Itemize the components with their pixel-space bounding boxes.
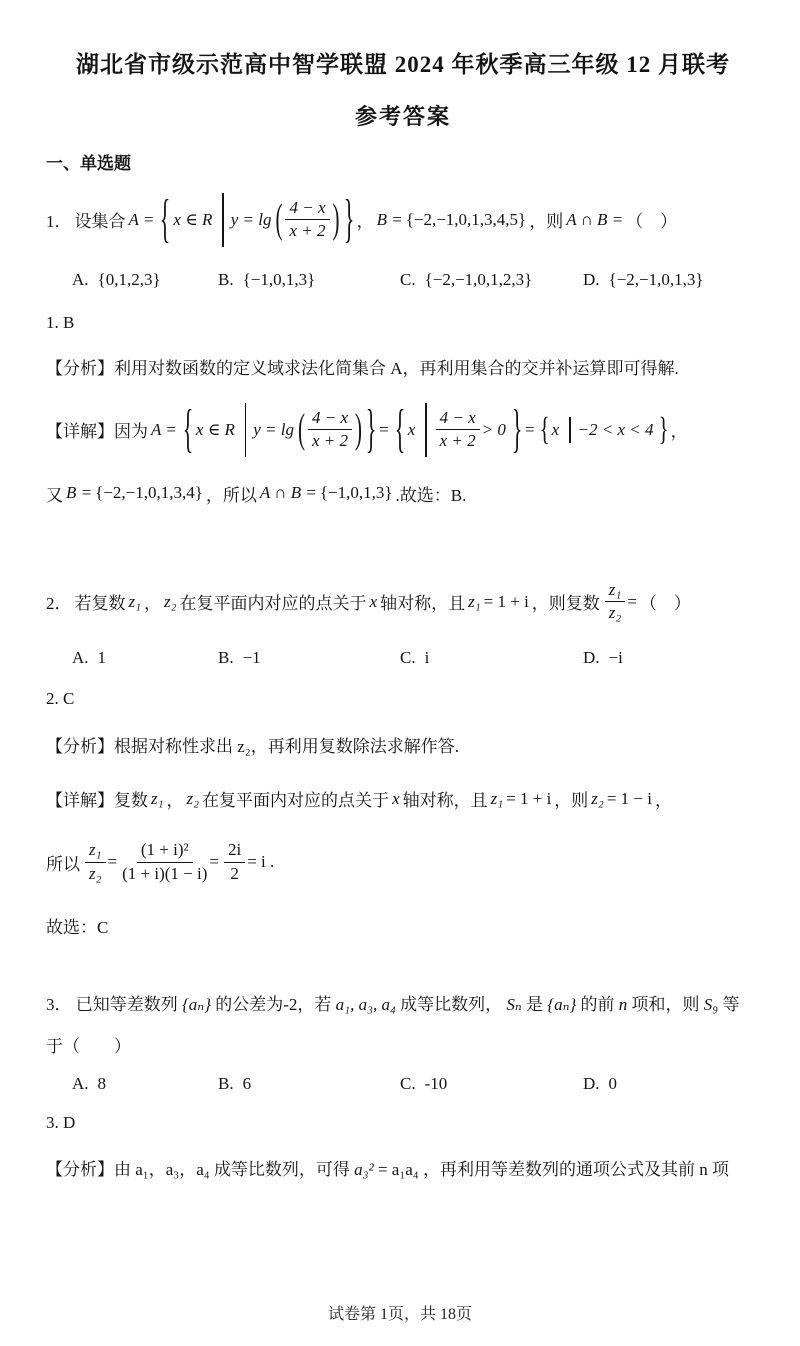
cn-text: 成等比数列， — [400, 995, 502, 1014]
math-token: x — [552, 420, 560, 440]
cn-text: .故选：B. — [396, 481, 467, 506]
math-token: x — [370, 592, 378, 612]
math-token: A ∩ B = — [260, 483, 317, 503]
question-2-calculation: 所以 z₁ z₂ = (1 + i)² (1 + i)(1 − i) = 2i … — [46, 831, 760, 893]
cn-text: 【详解】因为 — [46, 417, 148, 442]
cn-text: ，则 — [554, 786, 588, 811]
question-2-conclusion: 故选：C — [46, 915, 760, 941]
equals-sign: = — [379, 420, 389, 440]
answer-blank: （ ） — [626, 207, 677, 232]
fraction: 4 − x x + 2 — [308, 408, 352, 452]
math-token: S₉ — [704, 995, 718, 1014]
question-3-answer: 3. D — [46, 1110, 760, 1136]
denominator: 2 — [230, 863, 239, 884]
cn-text: ，再利用等差数列的通项公式及其前 n 项 — [423, 1160, 729, 1179]
cn-text: 已知等差数列 — [76, 995, 178, 1014]
math-token: a₃² — [354, 1160, 374, 1179]
math-token: y = lg — [231, 210, 272, 230]
set-literal: {−2,−1,0,1,3,4,5} — [406, 210, 527, 230]
math-token: z₁ — [129, 592, 142, 612]
option-c: C.i — [400, 648, 583, 668]
cn-text: ， — [144, 589, 161, 614]
math-token: −2 < x < 4 — [578, 420, 654, 440]
math-token: z₂ — [187, 789, 200, 809]
cn-text: 是 — [526, 995, 543, 1014]
option-label: A. — [72, 648, 89, 667]
question-1-solution-formula: 【详解】因为 A = { x ∈ R y = lg ( 4 − x x + 2 … — [46, 399, 760, 461]
option-label: B. — [218, 648, 234, 667]
option-label: C. — [400, 648, 416, 667]
math-token: = 1 − i — [607, 789, 652, 809]
question-2-options: A.1 B.−1 C.i D.−i — [46, 648, 760, 668]
option-a: A.1 — [72, 648, 218, 668]
left-brace: { — [160, 194, 171, 247]
cn-text: 轴对称，且 — [403, 786, 488, 811]
right-brace: } — [343, 194, 354, 247]
left-brace: { — [394, 403, 405, 456]
denominator: (1 + i)(1 − i) — [122, 863, 207, 884]
fraction: (1 + i)² (1 + i)(1 − i) — [122, 840, 207, 884]
option-value: {0,1,2,3} — [98, 270, 161, 289]
option-label: C. — [400, 1074, 416, 1093]
math-token: > 0 — [482, 420, 506, 440]
option-value: −i — [609, 648, 623, 667]
option-value: i — [425, 648, 430, 667]
equals-sign: = — [108, 852, 118, 872]
question-2-stem: 2． 若复数 z₁ ， z₂ 在复平面内对应的点关于 x 轴对称，且 z₁ = … — [46, 570, 760, 634]
cn-text: 设集合 — [75, 207, 126, 232]
math-token: z₂ — [164, 592, 177, 612]
fraction: z₁ z₂ — [85, 840, 106, 884]
page-title: 湖北省市级示范高中智学联盟 2024 年秋季高三年级 12 月联考 — [46, 0, 760, 80]
fraction: 4 − x x + 2 — [436, 408, 480, 452]
math-token: x — [408, 420, 416, 440]
right-brace: } — [658, 413, 668, 446]
question-3-analysis: 【分析】由 a₁，a₃，a₄ 成等比数列，可得 a₃² = a₁a₄ ，再利用等… — [46, 1157, 760, 1183]
option-d: D.−i — [583, 648, 760, 668]
question-2-answer: 2. C — [46, 686, 760, 712]
left-paren: ( — [275, 199, 282, 240]
question-1-solution-conclusion: 又 B = {−2,−1,0,1,3,4} ，所以 A ∩ B = {−1,0,… — [46, 481, 760, 506]
question-1-analysis: 【分析】利用对数函数的定义域求法化简集合 A，再利用集合的交并补运算即可得解. — [46, 356, 760, 382]
option-label: D. — [583, 648, 600, 667]
math-token: x ∈ R — [196, 420, 235, 440]
denominator: z₂ — [609, 602, 622, 623]
question-2-analysis: 【分析】根据对称性求出 z₂，再利用复数除法求解作答. — [46, 734, 760, 760]
cn-text: 的前 — [581, 995, 615, 1014]
option-value: {−1,0,1,3} — [243, 270, 316, 289]
option-value: -10 — [425, 1074, 448, 1093]
numerator: z₁ — [85, 840, 106, 862]
fraction: z₁ z₂ — [605, 580, 626, 624]
equals-sign: = — [627, 592, 637, 612]
left-brace: { — [540, 413, 550, 446]
denominator: z₂ — [89, 863, 102, 884]
cn-text: 轴对称，且 — [380, 589, 465, 614]
option-label: B. — [218, 1074, 234, 1093]
math-token: a₁, a₃, a₄ — [336, 995, 396, 1014]
option-value: 0 — [609, 1074, 618, 1093]
numerator: 4 − x — [308, 408, 352, 430]
math-token: = a₁a₄ — [378, 1160, 419, 1179]
math-token: {aₙ} — [547, 995, 576, 1014]
page-subtitle: 参考答案 — [46, 100, 760, 131]
math-token: Sₙ — [506, 995, 521, 1014]
set-builder-bar — [245, 403, 246, 457]
question-3-stem-line2: 于（ ） — [46, 1034, 760, 1060]
cn-text: 项和，则 — [632, 995, 700, 1014]
question-2-solution-text: 【详解】复数 z₁ ， z₂ 在复平面内对应的点关于 x 轴对称，且 z₁ = … — [46, 786, 760, 811]
cn-text: 等 — [722, 995, 739, 1014]
math-token: = 1 + i — [484, 592, 529, 612]
option-d: D.{−2,−1,0,1,3} — [583, 270, 760, 290]
math-token: B = — [66, 483, 92, 503]
cn-text: ， — [167, 786, 184, 811]
cn-text: 在复平面内对应的点关于 — [180, 589, 367, 614]
math-token: z₁ — [151, 789, 164, 809]
fraction: 4 − x x + 2 — [285, 198, 329, 242]
cn-text: 【详解】复数 — [46, 786, 148, 811]
option-b: B.{−1,0,1,3} — [218, 270, 400, 290]
cn-text: 若复数 — [75, 589, 126, 614]
option-value: −1 — [243, 648, 261, 667]
numerator: 2i — [224, 840, 245, 862]
option-label: D. — [583, 1074, 600, 1093]
math-token: z₂ — [591, 789, 604, 809]
set-literal: {−1,0,1,3} — [320, 483, 393, 503]
math-token: x — [392, 789, 400, 809]
question-1-answer: 1. B — [46, 310, 760, 336]
option-b: B.−1 — [218, 648, 400, 668]
numerator: 4 − x — [285, 198, 329, 220]
option-label: A. — [72, 270, 89, 289]
math-token: A = — [129, 210, 155, 230]
option-label: B. — [218, 270, 234, 289]
math-token: B = — [377, 210, 403, 230]
question-1-options: A.{0,1,2,3} B.{−1,0,1,3} C.{−2,−1,0,1,2,… — [46, 270, 760, 290]
option-b: B.6 — [218, 1074, 400, 1094]
math-token: n — [619, 995, 628, 1014]
option-value: {−2,−1,0,1,2,3} — [425, 270, 533, 289]
left-brace: { — [183, 403, 194, 456]
left-paren: ( — [298, 409, 305, 450]
cn-text: ， — [357, 207, 374, 232]
option-a: A.8 — [72, 1074, 218, 1094]
question-1-number: 1． — [46, 207, 72, 232]
cn-text: ，则 — [529, 207, 563, 232]
option-value: 6 — [243, 1074, 252, 1093]
question-3-number: 3． — [46, 995, 72, 1014]
page-footer: 试卷第 1页，共 18页 — [0, 1301, 800, 1324]
cn-text: ， — [671, 417, 688, 442]
set-builder-bar — [425, 403, 426, 457]
equals-sign: = — [209, 852, 219, 872]
cn-text: 的公差为-2，若 — [215, 995, 331, 1014]
math-token: y = lg — [253, 420, 294, 440]
denominator: x + 2 — [289, 220, 325, 241]
option-c: C.-10 — [400, 1074, 583, 1094]
denominator: x + 2 — [440, 430, 476, 451]
cn-text: 所以 — [46, 850, 80, 875]
numerator: (1 + i)² — [137, 840, 193, 862]
right-paren: ) — [333, 199, 340, 240]
cn-text: ， — [655, 786, 672, 811]
option-a: A.{0,1,2,3} — [72, 270, 218, 290]
right-brace: } — [512, 403, 523, 456]
equals-sign: = — [525, 420, 535, 440]
cn-text: 【分析】由 a₁，a₃，a₄ 成等比数列，可得 — [46, 1160, 350, 1179]
numerator: z₁ — [605, 580, 626, 602]
set-builder-bar — [222, 193, 223, 247]
cn-text: 又 — [46, 481, 63, 506]
math-token: A = — [151, 420, 177, 440]
option-d: D.0 — [583, 1074, 760, 1094]
set-literal: {−2,−1,0,1,3,4} — [95, 483, 203, 503]
right-brace: } — [366, 403, 377, 456]
math-token: = 1 + i — [506, 789, 551, 809]
cn-text: ，则复数 — [532, 589, 600, 614]
right-paren: ) — [355, 409, 362, 450]
math-token: {aₙ} — [182, 995, 211, 1014]
question-1-stem: 1． 设集合 A = { x ∈ R y = lg ( 4 − x x + 2 … — [46, 186, 760, 254]
option-value: {−2,−1,0,1,3} — [609, 270, 704, 289]
cn-text: 在复平面内对应的点关于 — [202, 786, 389, 811]
answer-blank: （ ） — [640, 589, 691, 614]
option-label: C. — [400, 270, 416, 289]
section-heading: 一、单选题 — [46, 149, 760, 174]
math-token: A ∩ B = — [566, 210, 623, 230]
option-label: D. — [583, 270, 600, 289]
cn-text: ，所以 — [206, 481, 257, 506]
fraction: 2i 2 — [224, 840, 245, 884]
question-2-number: 2． — [46, 589, 72, 614]
math-token: x ∈ R — [173, 210, 212, 230]
question-3-options: A.8 B.6 C.-10 D.0 — [46, 1074, 760, 1094]
math-token: = i . — [247, 852, 274, 872]
set-builder-bar — [569, 417, 570, 443]
denominator: x + 2 — [312, 430, 348, 451]
option-value: 8 — [98, 1074, 107, 1093]
option-value: 1 — [98, 648, 107, 667]
option-c: C.{−2,−1,0,1,2,3} — [400, 270, 583, 290]
math-token: z₁ — [468, 592, 481, 612]
math-token: z₁ — [491, 789, 504, 809]
option-label: A. — [72, 1074, 89, 1093]
exam-answer-page: 湖北省市级示范高中智学联盟 2024 年秋季高三年级 12 月联考 参考答案 一… — [0, 0, 800, 1346]
question-3-stem-line1: 3． 已知等差数列 {aₙ} 的公差为-2，若 a₁, a₃, a₄ 成等比数列… — [46, 992, 760, 1018]
numerator: 4 − x — [436, 408, 480, 430]
